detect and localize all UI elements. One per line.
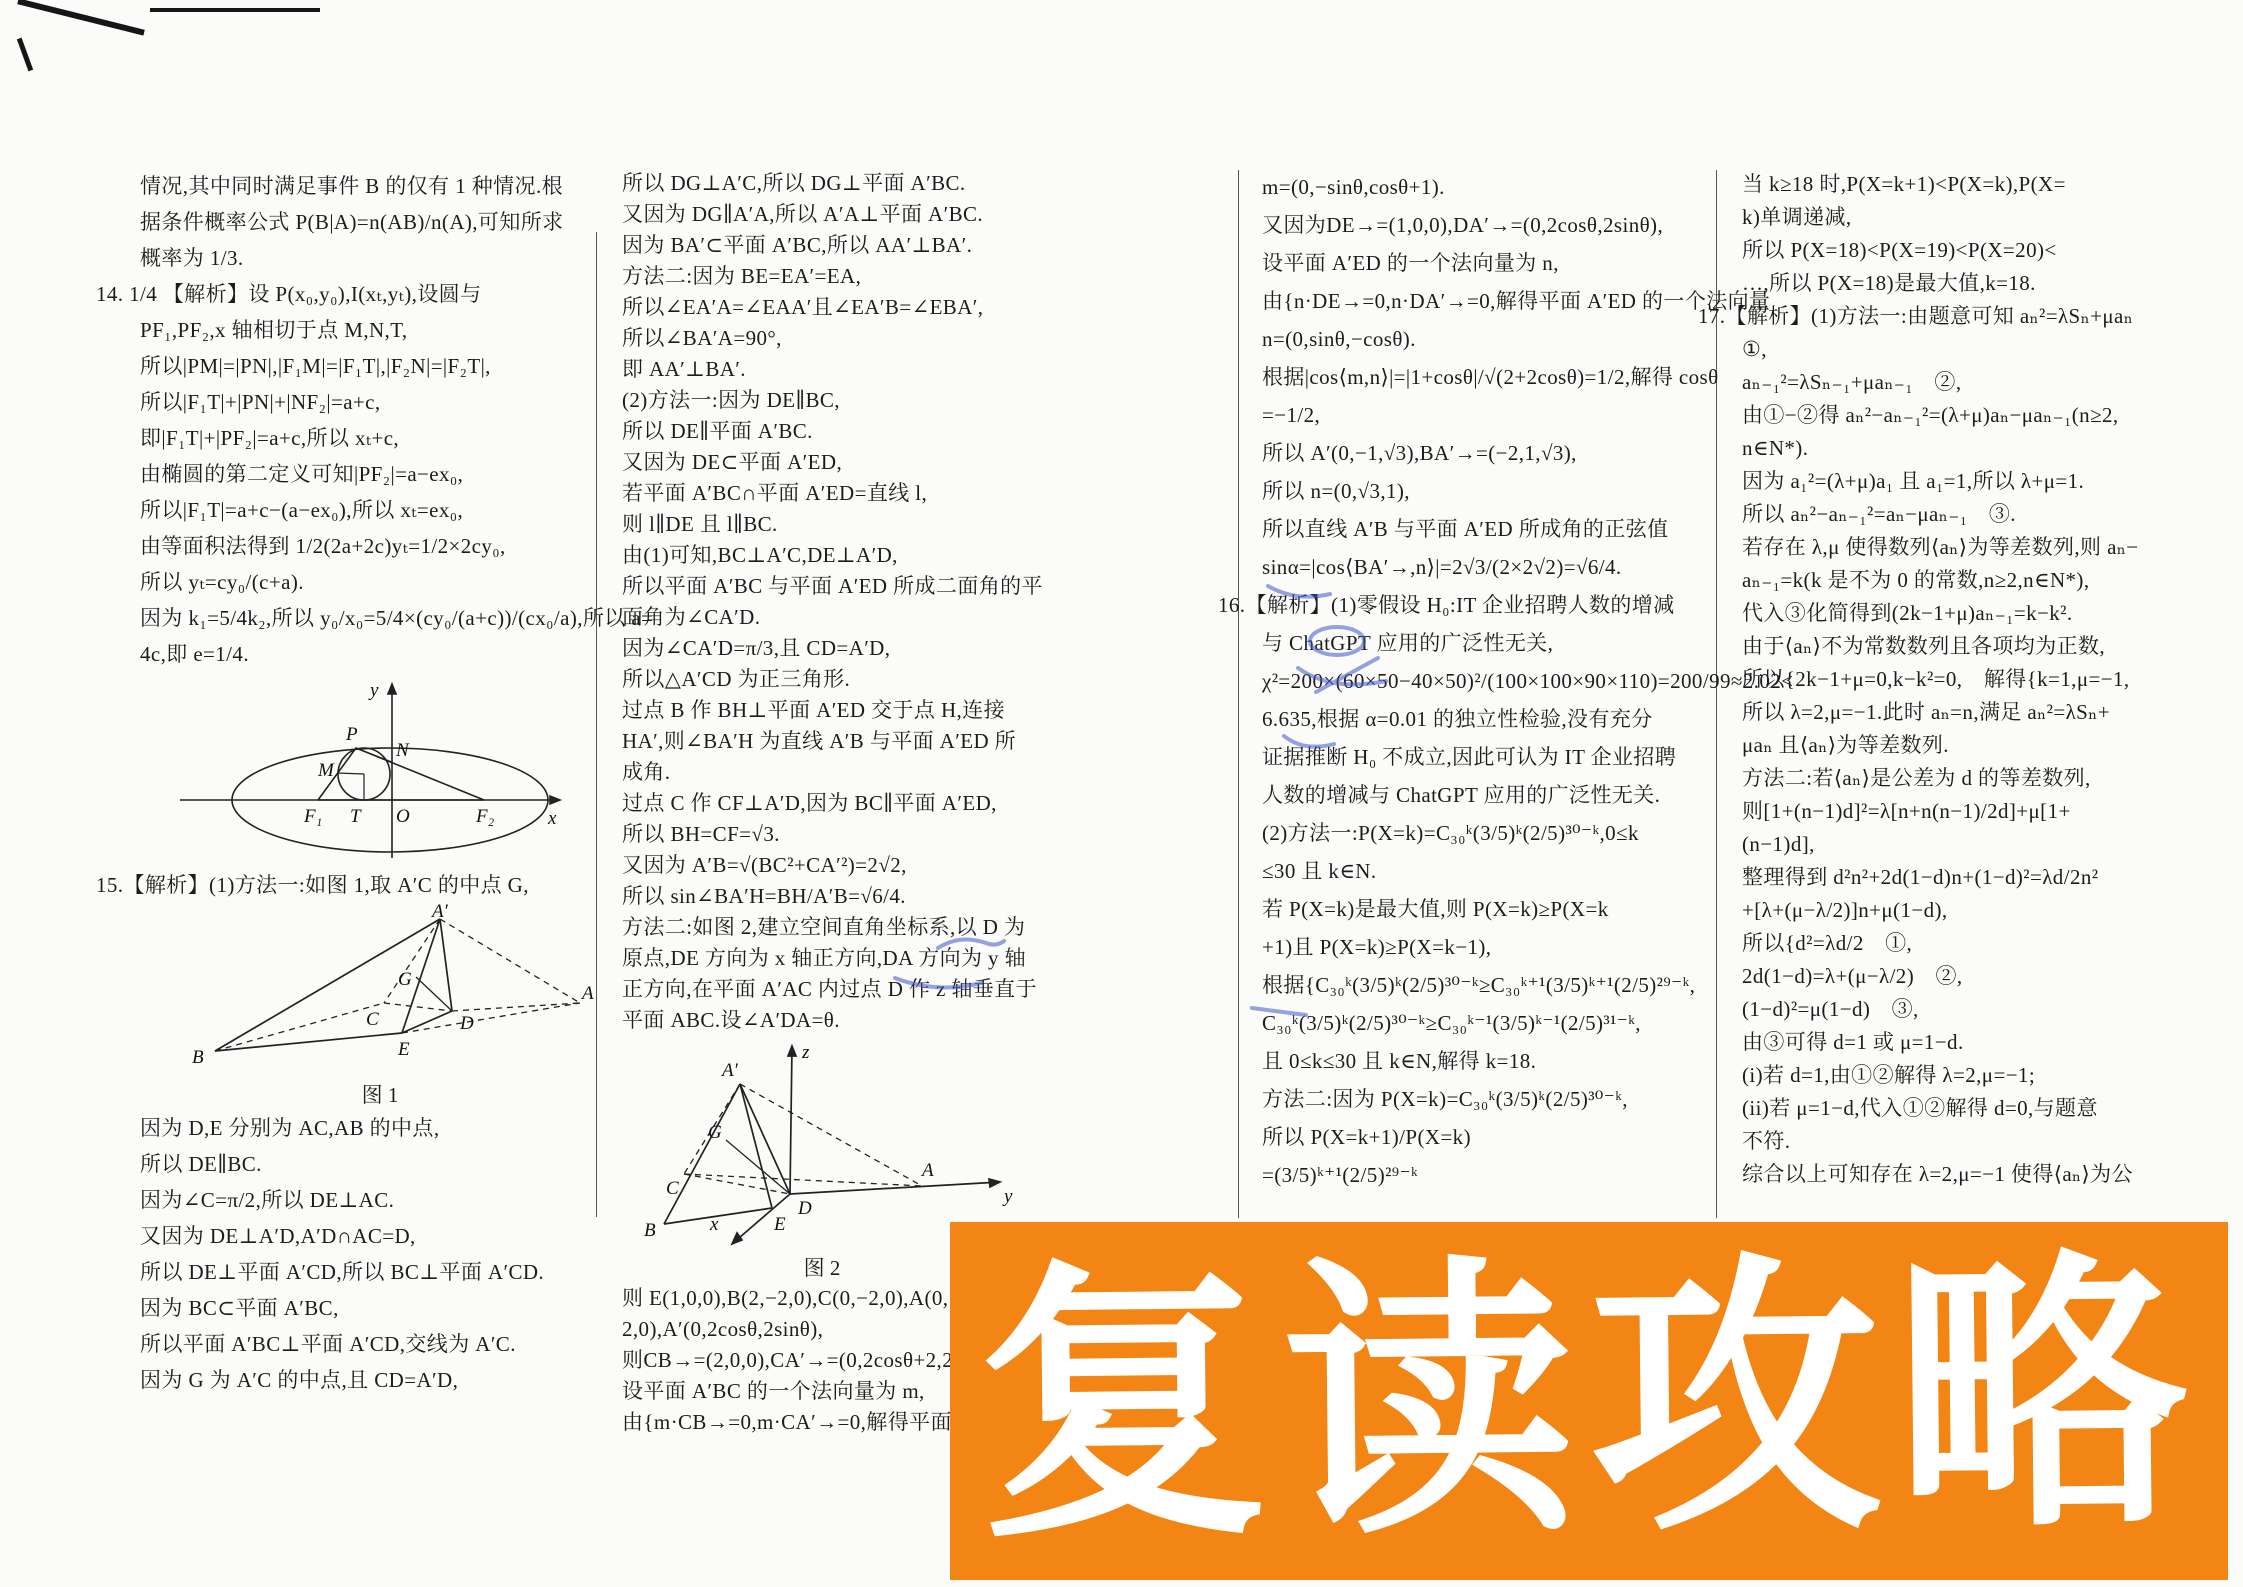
text-line: 所以平面 A′BC⊥平面 A′CD,交线为 A′C.: [140, 1326, 620, 1362]
text-line: 成角.: [622, 757, 1022, 788]
point-label-a: A: [580, 983, 594, 1004]
text-line: 设平面 A′ED 的一个法向量为 n,: [1262, 244, 1732, 282]
text-block: 所以 DG⊥A′C,所以 DG⊥平面 A′BC.又因为 DG∥A′A,所以 A′…: [622, 168, 1022, 1036]
text-line: n∈N*).: [1742, 432, 2222, 465]
text-line: aₙ₋₁=k(k 是不为 0 的常数,n≥2,n∈N*),: [1742, 564, 2222, 597]
text-line: 由等面积法得到 1/2(2a+2c)yₜ=1/2×2cy₀,: [140, 528, 620, 564]
text-line: 所以 P(X=k+1)/P(X=k): [1262, 1118, 1732, 1156]
text-line: PF₁,PF₂,x 轴相切于点 M,N,T,: [140, 312, 620, 348]
text-line: (2)方法一:P(X=k)=C₃₀ᵏ(3/5)ᵏ(2/5)³⁰⁻ᵏ,0≤k: [1262, 814, 1732, 852]
text-line: C₃₀ᵏ(3/5)ᵏ(2/5)³⁰⁻ᵏ≥C₃₀ᵏ⁻¹(3/5)ᵏ⁻¹(2/5)³…: [1262, 1004, 1732, 1042]
text-line: ①,: [1742, 333, 2222, 366]
axis-label-y: y: [1002, 1186, 1013, 1207]
text-line: 所以 DE∥BC.: [140, 1146, 620, 1182]
text-line: 若 P(X=k)是最大值,则 P(X=k)≥P(X=k: [1262, 890, 1732, 928]
text-line: 所以 yₜ=cy₀/(c+a).: [140, 564, 620, 600]
text-line: 整理得到 d²n²+2d(1−d)n+(1−d)²=λd/2n²: [1742, 861, 2222, 894]
text-line: 所以 DE∥平面 A′BC.: [622, 416, 1022, 447]
text-line: 若存在 λ,μ 使得数列⟨aₙ⟩为等差数列,则 aₙ−: [1742, 531, 2222, 564]
text-line: 所以{2k−1+μ=0,k−k²=0, 解得{k=1,μ=−1,: [1742, 663, 2222, 696]
text-line: 所以△A′CD 为正三角形.: [622, 664, 1022, 695]
scan-artifact: [17, 0, 145, 36]
text-line: 则 l∥DE 且 l∥BC.: [622, 509, 1022, 540]
text-line: 所以 aₙ²−aₙ₋₁²=aₙ−μaₙ₋₁ ③.: [1742, 498, 2222, 531]
text-line: χ²=200×(60×50−40×50)²/(100×100×90×110)=2…: [1262, 662, 1732, 700]
text-line: 所以 sin∠BA′H=BH/A′B=√6/4.: [622, 881, 1022, 912]
point-label-g: G: [708, 1122, 722, 1143]
text-line: (ii)若 μ=1−d,代入①②解得 d=0,与题意: [1742, 1092, 2222, 1125]
text-line: 正方向,在平面 A′AC 内过点 D 作 z 轴垂直于: [622, 974, 1022, 1005]
text-line: m=(0,−sinθ,cosθ+1).: [1262, 168, 1732, 206]
scan-artifact: [150, 8, 320, 12]
text-line: =−1/2,: [1262, 396, 1732, 434]
text-line: (2)方法一:因为 DE∥BC,: [622, 385, 1022, 416]
text-line: 则[1+(n−1)d]²=λ[n+n(n−1)/2d]+μ[1+: [1742, 795, 2222, 828]
text-line: 由椭圆的第二定义可知|PF₂|=a−ex₀,: [140, 456, 620, 492]
text-line: 又因为 A′B=√(BC²+CA′²)=2√2,: [622, 850, 1022, 881]
text-line: 所以{d²=λd/2 ①,: [1742, 927, 2222, 960]
promo-banner: 复读攻略: [950, 1222, 2228, 1580]
text-line: 即 AA′⊥BA′.: [622, 354, 1022, 385]
point-label-a: A: [920, 1160, 934, 1181]
text-line: 又因为DE→=(1,0,0),DA′→=(0,2cosθ,2sinθ),: [1262, 206, 1732, 244]
axis-label-x: x: [709, 1214, 719, 1235]
text-line: 过点 B 作 BH⊥平面 A′ED 交于点 H,连接: [622, 695, 1022, 726]
text-line: (n−1)d],: [1742, 828, 2222, 861]
text-line: 即|F₁T|+|PF₂|=a+c,所以 xₜ+c,: [140, 420, 620, 456]
text-line: 由{n·DE→=0,n·DA′→=0,解得平面 A′ED 的一个法向量: [1262, 282, 1732, 320]
text-line: 情况,其中同时满足事件 B 的仅有 1 种情况.根: [140, 168, 620, 204]
text-line: 所以∠EA′A=∠EAA′且∠EA′B=∠EBA′,: [622, 292, 1022, 323]
text-line: 因为 G 为 A′C 的中点,且 CD=A′D,: [140, 1362, 620, 1398]
text-line: 所以 BH=CF=√3.: [622, 819, 1022, 850]
text-line: k)单调递减,: [1742, 201, 2222, 234]
axis-label-y: y: [368, 680, 379, 701]
text-line: 所以平面 A′BC 与平面 A′ED 所成二面角的平: [622, 571, 1022, 602]
text-line: 所以 n=(0,√3,1),: [1262, 472, 1732, 510]
text-line: 所以 DG⊥A′C,所以 DG⊥平面 A′BC.: [622, 168, 1022, 199]
point-label-t: T: [350, 806, 362, 827]
point-label-b: B: [192, 1047, 204, 1068]
text-line: 综合以上可知存在 λ=2,μ=−1 使得⟨aₙ⟩为公: [1742, 1158, 2222, 1191]
text-line: 所以 DE⊥平面 A′CD,所以 BC⊥平面 A′CD.: [140, 1254, 620, 1290]
text-line: 15.【解析】(1)方法一:如图 1,取 A′C 的中点 G,: [140, 867, 620, 903]
text-line: 过点 C 作 CF⊥A′D,因为 BC∥平面 A′ED,: [622, 788, 1022, 819]
text-line: 方法二:若⟨aₙ⟩是公差为 d 的等差数列,: [1742, 762, 2222, 795]
text-line: 面角为∠CA′D.: [622, 602, 1022, 633]
point-label-e: E: [773, 1214, 786, 1235]
text-line: =(3/5)ᵏ⁺¹(2/5)²⁹⁻ᵏ: [1262, 1156, 1732, 1194]
text-line: 6.635,根据 α=0.01 的独立性检验,没有充分: [1262, 700, 1732, 738]
text-line: 因为 BC⊂平面 A′BC,: [140, 1290, 620, 1326]
text-line: 根据{C₃₀ᵏ(3/5)ᵏ(2/5)³⁰⁻ᵏ≥C₃₀ᵏ⁺¹(3/5)ᵏ⁺¹(2/…: [1262, 966, 1732, 1004]
text-line: sinα=|cos⟨BA′→,n⟩|=2√3/(2×2√2)=√6/4.: [1262, 548, 1732, 586]
solution-column-4: 当 k≥18 时,P(X=k+1)<P(X=k),P(X=k)单调递减,所以 P…: [1698, 168, 2222, 1191]
text-line: μaₙ 且⟨aₙ⟩为等差数列.: [1742, 729, 2222, 762]
text-line: HA′,则∠BA′H 为直线 A′B 与平面 A′ED 所: [622, 726, 1022, 757]
point-label-f2: F₂: [475, 806, 495, 827]
text-line: 又因为 DG∥A′A,所以 A′A⊥平面 A′BC.: [622, 199, 1022, 230]
text-block: 因为 D,E 分别为 AC,AB 的中点,所以 DE∥BC.因为∠C=π/2,所…: [140, 1110, 620, 1398]
point-label-p: P: [345, 724, 358, 745]
point-label-n: N: [395, 740, 410, 761]
text-line: 方法二:因为 BE=EA′=EA,: [622, 261, 1022, 292]
text-line: 因为 D,E 分别为 AC,AB 的中点,: [140, 1110, 620, 1146]
point-label-e: E: [397, 1039, 410, 1060]
text-line: 因为∠C=π/2,所以 DE⊥AC.: [140, 1182, 620, 1218]
text-line: 所以直线 A′B 与平面 A′ED 所成角的正弦值: [1262, 510, 1732, 548]
figure-caption: 图 1: [140, 1080, 620, 1110]
text-line: 因为 a₁²=(λ+μ)a₁ 且 a₁=1,所以 λ+μ=1.: [1742, 465, 2222, 498]
text-line: 代入③化简得到(2k−1+μ)aₙ₋₁=k−k².: [1742, 597, 2222, 630]
text-line: 因为 BA′⊂平面 A′BC,所以 AA′⊥BA′.: [622, 230, 1022, 261]
text-line: (i)若 d=1,由①②解得 λ=2,μ=−1;: [1742, 1059, 2222, 1092]
text-line: aₙ₋₁²=λSₙ₋₁+μaₙ₋₁ ②,: [1742, 366, 2222, 399]
text-line: 17.【解析】(1)方法一:由题意可知 aₙ²=λSₙ+μaₙ: [1742, 300, 2222, 333]
text-block: 15.【解析】(1)方法一:如图 1,取 A′C 的中点 G,: [140, 867, 620, 903]
point-label-o: O: [396, 806, 410, 827]
text-line: 所以 P(X=18)<P(X=19)<P(X=20)<: [1742, 234, 2222, 267]
text-line: 原点,DE 方向为 x 轴正方向,DA 方向为 y 轴: [622, 943, 1022, 974]
text-line: 因为∠CA′D=π/3,且 CD=A′D,: [622, 633, 1022, 664]
text-line: 14. 1/4 【解析】设 P(x₀,y₀),I(xₜ,yₜ),设圆与: [140, 276, 620, 312]
text-line: 所以 λ=2,μ=−1.此时 aₙ=n,满足 aₙ²=λSₙ+: [1742, 696, 2222, 729]
point-label-f1: F₁: [303, 806, 322, 827]
text-line: 16.【解析】(1)零假设 H₀:IT 企业招聘人数的增减: [1262, 586, 1732, 624]
point-label-m: M: [317, 760, 335, 781]
figure-1: A′ G C D E B A 图 1: [140, 903, 620, 1110]
point-label-d: D: [459, 1013, 474, 1034]
text-line: 因为 k₁=5/4k₂,所以 y₀/x₀=5/4×(cy₀/(a+c))/(cx…: [140, 600, 620, 636]
text-line: 由于⟨aₙ⟩不为常数数列且各项均为正数,: [1742, 630, 2222, 663]
point-label-a-prime: A′: [430, 903, 449, 922]
text-line: +1)且 P(X=k)≥P(X=k−1),: [1262, 928, 1732, 966]
text-line: 不符.: [1742, 1125, 2222, 1158]
point-label-c: C: [366, 1009, 379, 1030]
text-line: +[λ+(μ−λ/2)]n+μ(1−d),: [1742, 894, 2222, 927]
text-line: 又因为 DE⊥A′D,A′D∩AC=D,: [140, 1218, 620, 1254]
axis-label-x: x: [547, 808, 557, 829]
text-line: 由①−②得 aₙ²−aₙ₋₁²=(λ+μ)aₙ−μaₙ₋₁(n≥2,: [1742, 399, 2222, 432]
scan-artifact: [17, 38, 33, 72]
text-line: 证据推断 H₀ 不成立,因此可认为 IT 企业招聘: [1262, 738, 1732, 776]
solution-column-1: 情况,其中同时满足事件 B 的仅有 1 种情况.根据条件概率公式 P(B|A)=…: [96, 168, 620, 1398]
text-line: 方法二:如图 2,建立空间直角坐标系,以 D 为: [622, 912, 1022, 943]
text-line: 人数的增减与 ChatGPT 应用的广泛性无关.: [1262, 776, 1732, 814]
ellipse-figure: y P N M F₁ T O F₂ x: [140, 672, 620, 867]
promo-banner-text: 复读攻略: [976, 1249, 2203, 1554]
scanned-answer-page: 情况,其中同时满足事件 B 的仅有 1 种情况.根据条件概率公式 P(B|A)=…: [0, 0, 2243, 1587]
text-line: 且 0≤k≤30 且 k∈N,解得 k=18.: [1262, 1042, 1732, 1080]
text-block: m=(0,−sinθ,cosθ+1).又因为DE→=(1,0,0),DA′→=(…: [1262, 168, 1732, 1194]
text-line: 所以 A′(0,−1,√3),BA′→=(−2,1,√3),: [1262, 434, 1732, 472]
text-line: 所以|F₁T|=a+c−(a−ex₀),所以 xₜ=ex₀,: [140, 492, 620, 528]
point-label-g: G: [398, 969, 412, 990]
text-line: …,所以 P(X=18)是最大值,k=18.: [1742, 267, 2222, 300]
text-line: 平面 ABC.设∠A′DA=θ.: [622, 1005, 1022, 1036]
text-block: 情况,其中同时满足事件 B 的仅有 1 种情况.根据条件概率公式 P(B|A)=…: [140, 168, 620, 672]
text-line: 4c,即 e=1/4.: [140, 636, 620, 672]
text-line: n=(0,sinθ,−cosθ).: [1262, 320, 1732, 358]
text-line: 所以∠BA′A=90°,: [622, 323, 1022, 354]
point-label-d: D: [797, 1198, 812, 1219]
text-line: 由③可得 d=1 或 μ=1−d.: [1742, 1026, 2222, 1059]
text-line: 方法二:因为 P(X=k)=C₃₀ᵏ(3/5)ᵏ(2/5)³⁰⁻ᵏ,: [1262, 1080, 1732, 1118]
text-block: 当 k≥18 时,P(X=k+1)<P(X=k),P(X=k)单调递减,所以 P…: [1742, 168, 2222, 1191]
text-line: 若平面 A′BC∩平面 A′ED=直线 l,: [622, 478, 1022, 509]
axis-label-z: z: [801, 1042, 810, 1063]
text-line: 当 k≥18 时,P(X=k+1)<P(X=k),P(X=: [1742, 168, 2222, 201]
text-line: 概率为 1/3.: [140, 240, 620, 276]
text-line: (1−d)²=μ(1−d) ③,: [1742, 993, 2222, 1026]
text-line: 据条件概率公式 P(B|A)=n(AB)/n(A),可知所求: [140, 204, 620, 240]
text-line: 由(1)可知,BC⊥A′C,DE⊥A′D,: [622, 540, 1022, 571]
solution-column-3: m=(0,−sinθ,cosθ+1).又因为DE→=(1,0,0),DA′→=(…: [1218, 168, 1732, 1194]
text-line: 根据|cos⟨m,n⟩|=|1+cosθ|/√(2+2cosθ)=1/2,解得 …: [1262, 358, 1732, 396]
text-line: 与 ChatGPT 应用的广泛性无关,: [1262, 624, 1732, 662]
text-line: ≤30 且 k∈N.: [1262, 852, 1732, 890]
text-line: 所以|PM|=|PN|,|F₁M|=|F₁T|,|F₂N|=|F₂T|,: [140, 348, 620, 384]
text-line: 所以|F₁T|+|PN|+|NF₂|=a+c,: [140, 384, 620, 420]
text-line: 又因为 DE⊂平面 A′ED,: [622, 447, 1022, 478]
text-line: 2d(1−d)=λ+(μ−λ/2) ②,: [1742, 960, 2222, 993]
point-label-a-prime: A′: [720, 1060, 739, 1081]
point-label-c: C: [666, 1178, 679, 1199]
point-label-b: B: [644, 1220, 656, 1241]
